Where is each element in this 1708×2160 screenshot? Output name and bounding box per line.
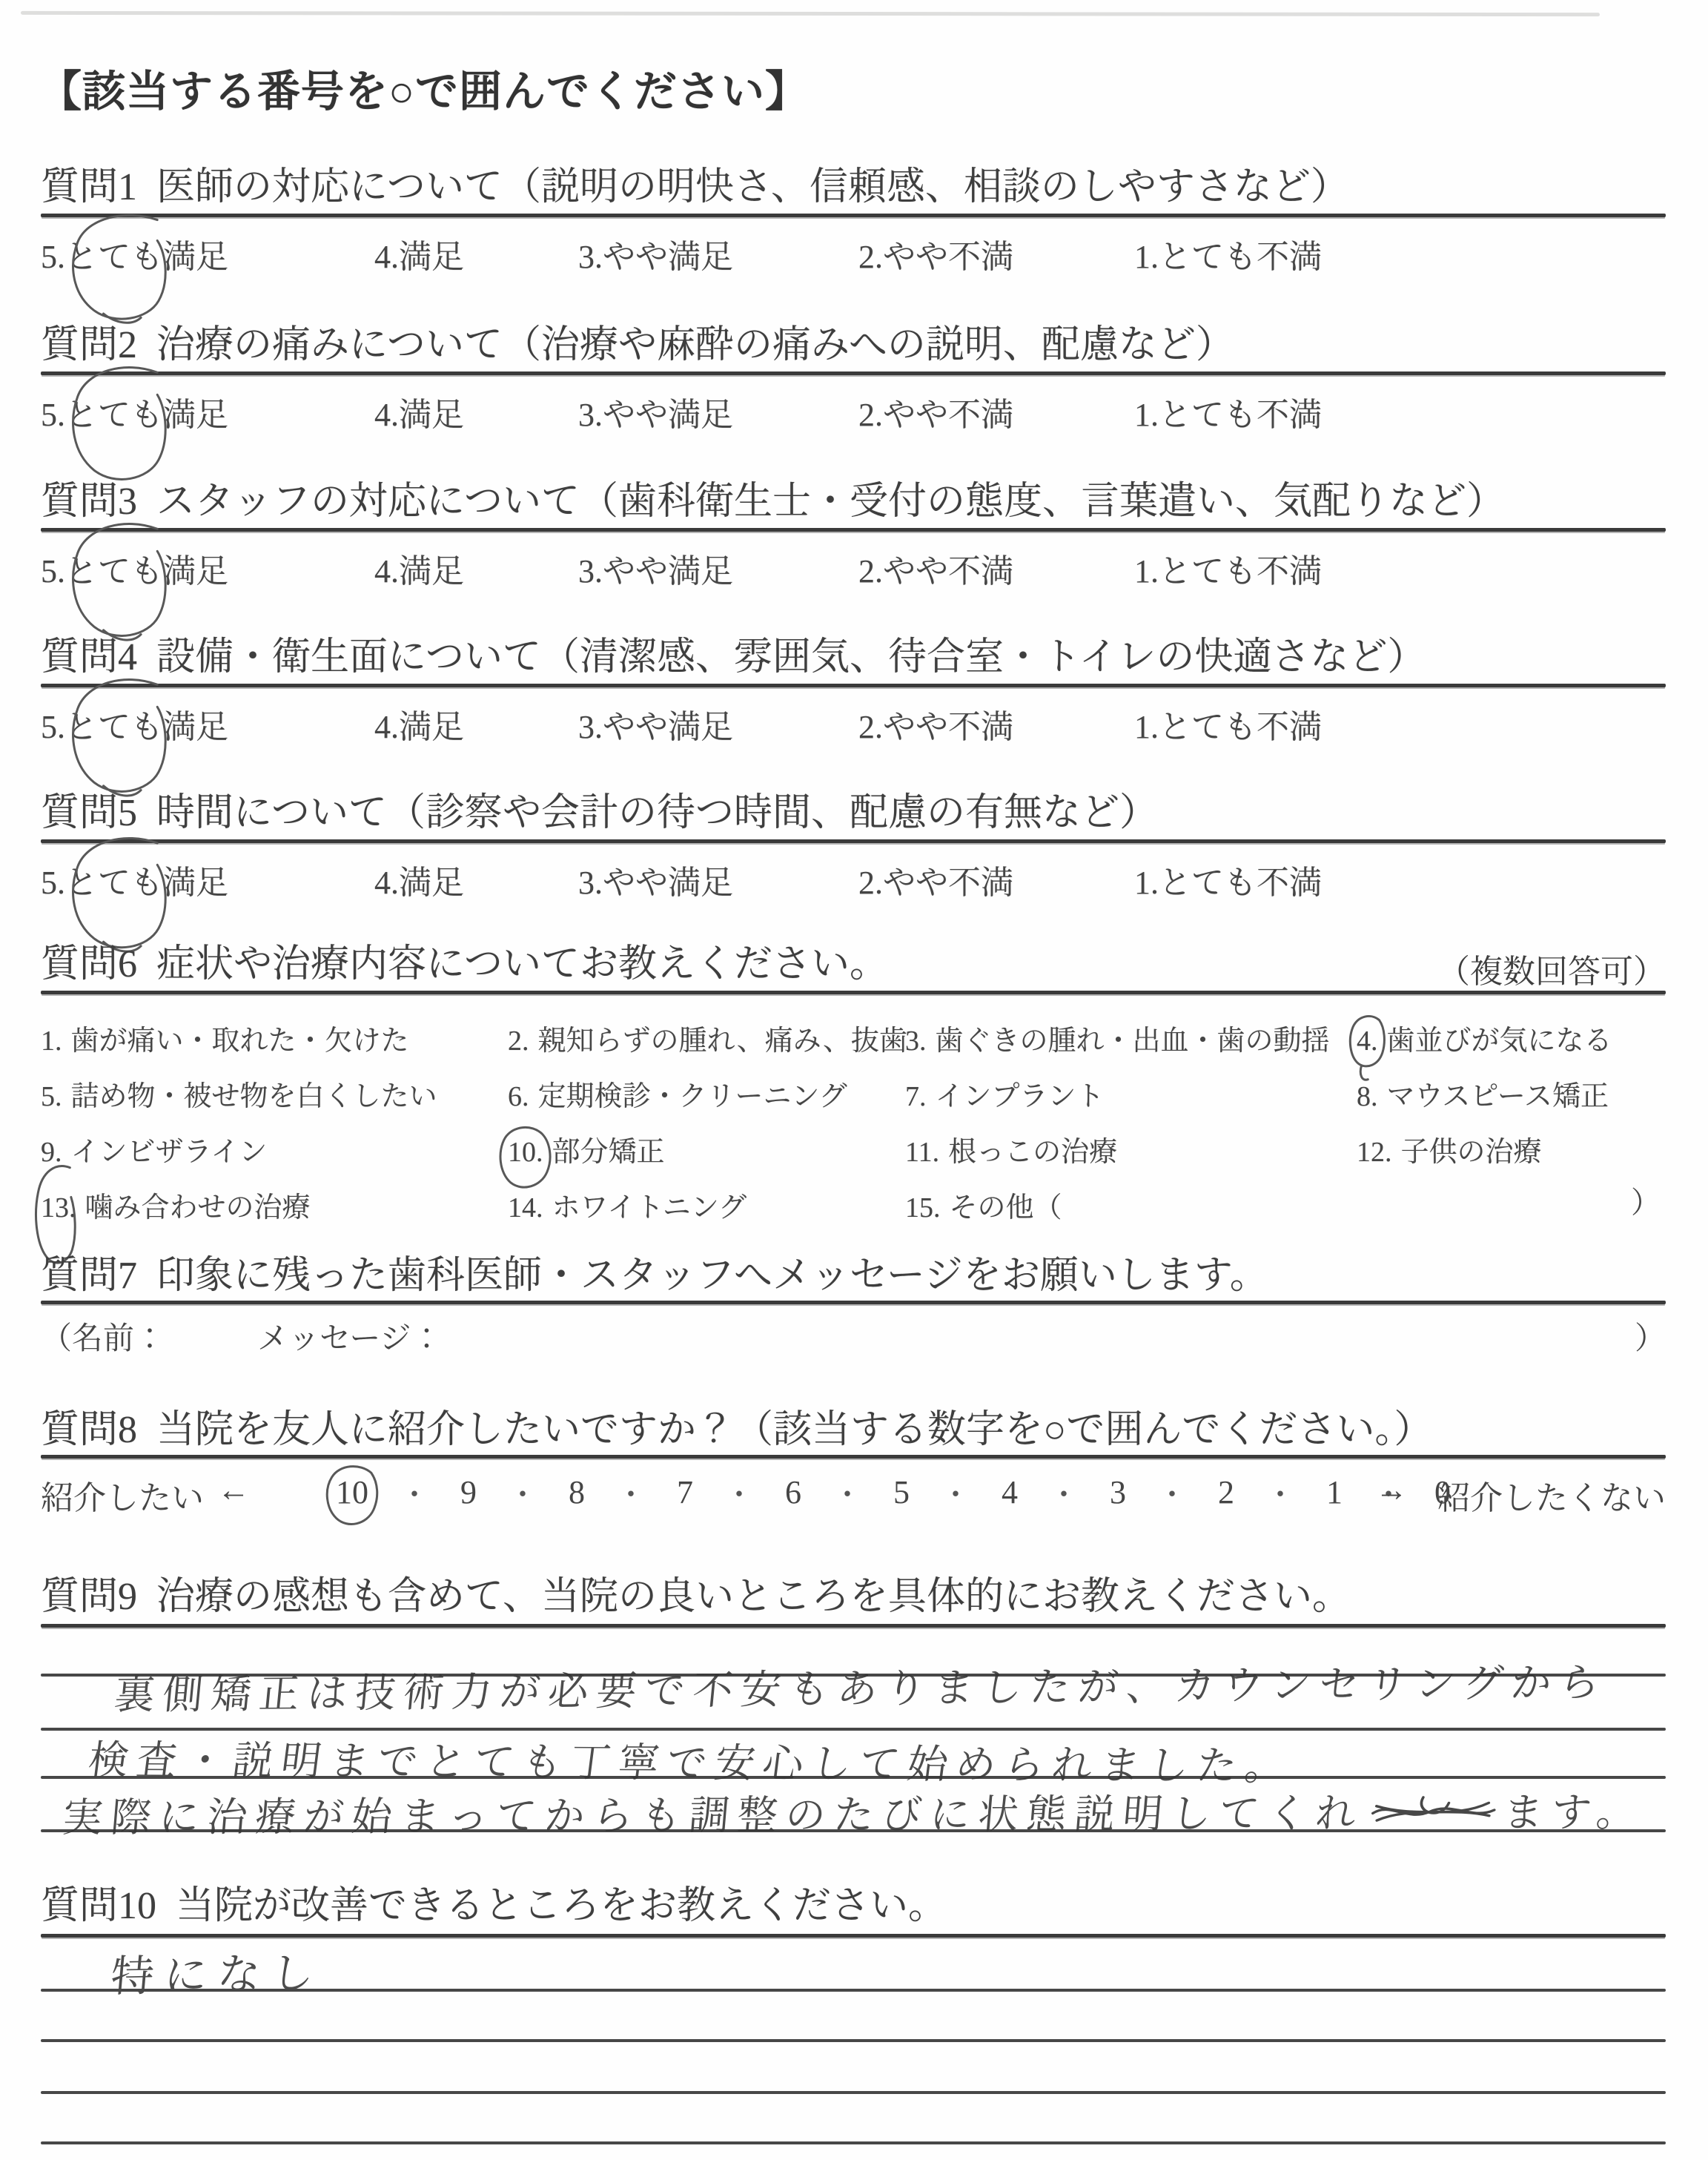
nps-score-3: 3 xyxy=(1110,1473,1126,1511)
question-topic: 印象に残った歯科医師・スタッフへメッセージをお願いします。 xyxy=(156,1255,1268,1297)
dot-separator: ・ xyxy=(1265,1471,1295,1513)
question-label: 質問10 xyxy=(41,1885,156,1927)
nps-score-1: 1 xyxy=(1326,1473,1343,1511)
symptom-item-12: 12.子供の治療 xyxy=(1357,1129,1542,1169)
question-topic: 医師の対応について（説明の明快さ、信頼感、相談のしやすさなど） xyxy=(156,166,1349,208)
symptom-item-2: 2.親知らずの腫れ、痛み、抜歯 xyxy=(508,1017,907,1058)
rating-option-very-satisfied: 5.とても満足 xyxy=(41,388,228,435)
ruled-answer-line xyxy=(41,1989,1666,1992)
symptom-item-11: 11.根っこの治療 xyxy=(905,1129,1117,1169)
section-divider-line xyxy=(41,991,1666,994)
question-topic: 治療の痛みについて（治療や麻酔の痛みへの説明、配慮など） xyxy=(156,324,1234,366)
question-label: 質問1 xyxy=(41,166,137,208)
question-7-heading: 質問7印象に残った歯科医師・スタッフへメッセージをお願いします。 xyxy=(41,1255,1666,1298)
handwritten-circle-mark xyxy=(32,1163,88,1269)
rating-option-satisfied: 4.満足 xyxy=(374,388,464,435)
question-label: 質問8 xyxy=(41,1409,137,1451)
dot-separator: ・ xyxy=(1157,1471,1187,1513)
handwritten-answer-line-1: 裏側矯正は技術力が必要で不安もありましたが、カウンセリングから xyxy=(112,1651,1610,1721)
question-5-heading: 質問5時間について（診察や会計の待つ時間、配慮の有無など） xyxy=(41,792,1666,835)
question-9-section: 質問9治療の感想も含めて、当院の良いところを具体的にお教えください。 裏側矯正は… xyxy=(41,1576,1666,1857)
rating-option-somewhat-satisfied: 3.やや満足 xyxy=(578,856,733,903)
question-label: 質問2 xyxy=(41,324,137,366)
question-label: 質問5 xyxy=(41,792,137,834)
rating-option-somewhat-satisfied: 3.やや満足 xyxy=(578,544,733,592)
rating-option-satisfied: 4.満足 xyxy=(374,230,464,277)
question-6-heading: 質問6症状や治療内容についてお教えください。 xyxy=(41,943,1666,986)
rating-option-very-dissatisfied: 1.とても不満 xyxy=(1134,388,1322,435)
question-topic: 症状や治療内容についてお教えください。 xyxy=(156,943,888,985)
handwritten-text: ます。 xyxy=(1501,1780,1647,1838)
rating-option-somewhat-satisfied: 3.やや満足 xyxy=(578,230,733,277)
rating-option-very-dissatisfied: 1.とても不満 xyxy=(1134,856,1322,903)
symptom-item-14: 14.ホワイトニング xyxy=(508,1184,747,1225)
name-field-label: （名前： xyxy=(41,1314,165,1358)
handwritten-circle-mark xyxy=(66,214,183,325)
rating-option-very-dissatisfied: 1.とても不満 xyxy=(1134,700,1322,747)
handwritten-answer-nothing-in-particular: 特になし xyxy=(108,1938,327,2004)
question-topic: 時間について（診察や会計の待つ時間、配慮の有無など） xyxy=(156,792,1158,834)
rating-option-somewhat-dissatisfied: 2.やや不満 xyxy=(858,388,1013,435)
handwritten-circle-mark xyxy=(324,1463,380,1527)
ruled-answer-line xyxy=(41,2039,1666,2042)
symptom-item-4-circled: 4.歯並びが気になる xyxy=(1357,1017,1612,1058)
rating-option-satisfied: 4.満足 xyxy=(374,700,464,747)
handwritten-circle-mark xyxy=(496,1124,554,1192)
nps-scale-row: 紹介したい ← 10 ・ 9 ・ 8 ・ 7 ・ 6 ・ 5 ・ 4 ・ 3 ・… xyxy=(41,1468,1666,1535)
handwritten-circle-mark xyxy=(66,366,183,486)
close-paren: ） xyxy=(1635,1314,1666,1358)
nps-score-10-circled: 10 xyxy=(336,1473,368,1511)
symptom-item-6: 6.定期検診・クリーニング xyxy=(508,1073,847,1114)
symptom-item-8: 8.マウスピース矯正 xyxy=(1357,1073,1609,1114)
handwritten-circle-mark xyxy=(66,522,183,642)
nps-score-2: 2 xyxy=(1218,1473,1234,1511)
question-topic: スタッフの対応について（歯科衛生士・受付の態度、言葉遣い、気配りなど） xyxy=(156,480,1505,523)
dot-separator: ・ xyxy=(941,1471,970,1513)
handwritten-text: 実際に治療が始まってからも調整のたびに状態説明してくれ xyxy=(61,1782,1366,1843)
nps-score-5: 5 xyxy=(893,1473,910,1511)
question-label: 質問6 xyxy=(41,943,137,985)
rating-options-row: 5.とても満足 4.満足 3.やや満足 2.やや不満 1.とても不満 xyxy=(41,230,1666,326)
question-8-section: 質問8当院を友人に紹介したいですか？（該当する数字を○で囲んでください。） 紹介… xyxy=(41,1409,1666,1542)
dot-separator: ・ xyxy=(724,1471,754,1513)
rating-options-row: 5.とても満足 4.満足 3.やや満足 2.やや不満 1.とても不満 xyxy=(41,544,1666,641)
dot-separator: ・ xyxy=(833,1471,862,1513)
question-3-section: 質問3スタッフの対応について（歯科衛生士・受付の態度、言葉遣い、気配りなど） 5… xyxy=(41,480,1666,524)
handwritten-answer-line-3: 実際に治療が始まってからも調整のたびに状態説明してくれ ます。 xyxy=(61,1780,1647,1843)
symptom-item-13-circled: 13.噛み合わせの治療 xyxy=(41,1184,311,1225)
question-2-section: 質問2治療の痛みについて（治療や麻酔の痛みへの説明、配慮など） 5.とても満足 … xyxy=(41,324,1666,367)
section-divider-line xyxy=(41,1455,1666,1459)
rating-option-very-satisfied: 5.とても満足 xyxy=(41,230,228,277)
section-divider-line xyxy=(41,528,1666,532)
rating-option-somewhat-satisfied: 3.やや満足 xyxy=(578,700,733,747)
question-1-heading: 質問1医師の対応について（説明の明快さ、信頼感、相談のしやすさなど） xyxy=(41,166,1666,209)
question-topic: 設備・衛生面について（清潔感、雰囲気、待合室・トイレの快適さなど） xyxy=(156,636,1426,678)
question-4-section: 質問4設備・衛生面について（清潔感、雰囲気、待合室・トイレの快適さなど） 5.と… xyxy=(41,636,1666,679)
section-divider-line xyxy=(41,839,1666,843)
question-topic: 治療の感想も含めて、当院の良いところを具体的にお教えください。 xyxy=(156,1576,1351,1618)
rating-option-somewhat-dissatisfied: 2.やや不満 xyxy=(858,230,1013,277)
handwritten-circle-mark xyxy=(66,836,183,954)
question-9-heading: 質問9治療の感想も含めて、当院の良いところを具体的にお教えください。 xyxy=(41,1576,1666,1619)
right-arrow-icon: → xyxy=(1375,1471,1408,1509)
question-5-section: 質問5時間について（診察や会計の待つ時間、配慮の有無など） 5.とても満足 4.… xyxy=(41,792,1666,835)
dot-separator: ・ xyxy=(616,1471,646,1513)
rating-options-row: 5.とても満足 4.満足 3.やや満足 2.やや不満 1.とても不満 xyxy=(41,700,1666,796)
nps-score-9: 9 xyxy=(460,1473,477,1511)
question-10-heading: 質問10当院が改善できるところをお教えください。 xyxy=(41,1885,1666,1928)
message-field-label: メッセージ： xyxy=(257,1314,442,1358)
rating-option-satisfied: 4.満足 xyxy=(374,856,464,903)
question-topic: 当院を友人に紹介したいですか？（該当する数字を○で囲んでください。） xyxy=(156,1409,1432,1451)
symptom-item-5: 5.詰め物・被せ物を白くしたい xyxy=(41,1073,437,1114)
nps-score-4: 4 xyxy=(1002,1473,1018,1511)
section-divider-line xyxy=(41,1624,1666,1628)
other-close-paren: ） xyxy=(1631,1179,1661,1221)
rating-option-somewhat-dissatisfied: 2.やや不満 xyxy=(858,700,1013,747)
section-divider-line xyxy=(41,684,1666,687)
rating-option-very-dissatisfied: 1.とても不満 xyxy=(1134,544,1322,592)
question-7-section: 質問7印象に残った歯科医師・スタッフへメッセージをお願いします。 （名前： メッ… xyxy=(41,1255,1666,1358)
form-title: 【該当する番号を○で囲んでください】 xyxy=(39,56,809,119)
want-to-recommend-label: 紹介したい xyxy=(41,1471,204,1519)
survey-sheet: 【該当する番号を○で囲んでください】 質問1医師の対応について（説明の明快さ、信… xyxy=(0,0,1708,2160)
dot-separator: ・ xyxy=(1049,1471,1079,1513)
question-1-section: 質問1医師の対応について（説明の明快さ、信頼感、相談のしやすさなど） 5.とても… xyxy=(41,166,1666,209)
rating-options-row: 5.とても満足 4.満足 3.やや満足 2.やや不満 1.とても不満 xyxy=(41,388,1666,484)
rating-option-somewhat-dissatisfied: 2.やや不満 xyxy=(858,856,1013,903)
handwritten-strikeout-scribble xyxy=(1367,1788,1501,1832)
symptom-item-1: 1.歯が痛い・取れた・欠けた xyxy=(41,1017,409,1058)
question-2-heading: 質問2治療の痛みについて（治療や麻酔の痛みへの説明、配慮など） xyxy=(41,324,1666,367)
question-label: 質問9 xyxy=(41,1576,137,1618)
section-divider-line xyxy=(41,371,1666,375)
do-not-want-to-recommend-label: 紹介したくない xyxy=(1437,1471,1666,1519)
ruled-answer-line xyxy=(41,2091,1666,2094)
rating-option-satisfied: 4.満足 xyxy=(374,544,464,592)
symptom-item-7: 7.インプラント xyxy=(905,1073,1105,1114)
nps-score-6: 6 xyxy=(785,1473,801,1511)
question-label: 質問7 xyxy=(41,1255,137,1297)
rating-option-very-satisfied: 5.とても満足 xyxy=(41,856,228,903)
question-3-heading: 質問3スタッフの対応について（歯科衛生士・受付の態度、言葉遣い、気配りなど） xyxy=(41,480,1666,524)
left-arrow-icon: ← xyxy=(217,1471,250,1509)
section-divider-line xyxy=(41,1934,1666,1938)
question-4-heading: 質問4設備・衛生面について（清潔感、雰囲気、待合室・トイレの快適さなど） xyxy=(41,636,1666,679)
rating-option-somewhat-dissatisfied: 2.やや不満 xyxy=(858,544,1013,592)
handwritten-circle-mark xyxy=(66,678,183,798)
section-divider-line xyxy=(41,214,1666,217)
section-divider-line xyxy=(41,1301,1666,1304)
nps-score-7: 7 xyxy=(677,1473,693,1511)
question-10-section: 質問10当院が改善できるところをお教えください。 特になし xyxy=(41,1885,1666,2152)
scan-edge-artifact xyxy=(21,11,1600,16)
question-6-section: 質問6症状や治療内容についてお教えください。 （複数回答可） 1.歯が痛い・取れ… xyxy=(41,943,1666,1240)
dot-separator: ・ xyxy=(508,1471,537,1513)
rating-options-row: 5.とても満足 4.満足 3.やや満足 2.やや不満 1.とても不満 xyxy=(41,856,1666,952)
nps-score-8: 8 xyxy=(569,1473,585,1511)
question-8-heading: 質問8当院を友人に紹介したいですか？（該当する数字を○で囲んでください。） xyxy=(41,1409,1666,1452)
multiple-answers-note: （複数回答可） xyxy=(1437,945,1666,992)
rating-option-very-satisfied: 5.とても満足 xyxy=(41,700,228,747)
ruled-answer-line xyxy=(41,2141,1666,2144)
rating-option-very-dissatisfied: 1.とても不満 xyxy=(1134,230,1322,277)
nps-numbers: 10 ・ 9 ・ 8 ・ 7 ・ 6 ・ 5 ・ 4 ・ 3 ・ 2 ・ 1 ・ xyxy=(336,1471,1451,1513)
dot-separator: ・ xyxy=(400,1471,429,1513)
question-label: 質問4 xyxy=(41,636,137,678)
rating-option-very-satisfied: 5.とても満足 xyxy=(41,544,228,592)
symptom-item-10-circled: 10.部分矯正 xyxy=(508,1129,665,1169)
question-label: 質問3 xyxy=(41,480,137,523)
symptom-item-3: 3.歯ぐきの腫れ・出血・歯の動揺 xyxy=(905,1017,1330,1058)
rating-option-somewhat-satisfied: 3.やや満足 xyxy=(578,388,733,435)
question-topic: 当院が改善できるところをお教えください。 xyxy=(176,1885,947,1927)
symptom-item-15-other: 15.その他（ xyxy=(905,1184,1062,1225)
